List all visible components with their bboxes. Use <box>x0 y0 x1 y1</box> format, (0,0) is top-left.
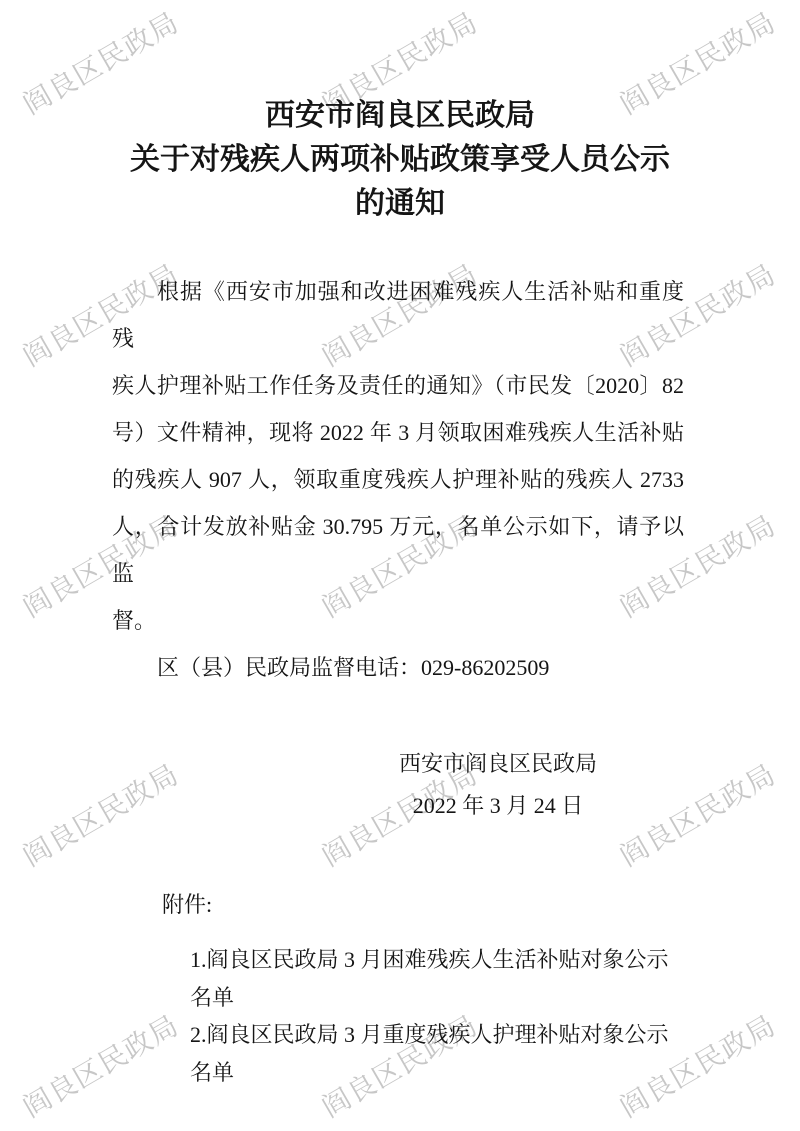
body-line: 号）文件精神，现将 2022 年 3 月领取困难残疾人生活补贴 <box>112 409 684 456</box>
attachments-list: 1.阎良区民政局 3 月困难残疾人生活补贴对象公示 名单 2.阎良区民政局 3 … <box>190 941 710 1091</box>
attachment-line: 2.阎良区民政局 3 月重度残疾人护理补贴对象公示 <box>190 1016 710 1054</box>
supervision-phone-line: 区（县）民政局监督电话：029-86202509 <box>112 644 684 691</box>
document-title: 西安市阎良区民政局 关于对残疾人两项补贴政策享受人员公示 的通知 <box>40 94 760 226</box>
body-line: 人，合计发放补贴金 30.795 万元，名单公示如下，请予以监 <box>112 503 684 597</box>
title-line-notice: 的通知 <box>40 182 760 226</box>
body-line: 根据《西安市加强和改进困难残疾人生活补贴和重度残 <box>112 268 684 362</box>
attachment-line: 1.阎良区民政局 3 月困难残疾人生活补贴对象公示 <box>190 941 710 979</box>
attachments-label: 附件: <box>162 891 800 919</box>
body-line: 疾人护理补贴工作任务及责任的通知》（市民发〔2020〕82 <box>112 362 684 409</box>
notice-body: 根据《西安市加强和改进困难残疾人生活补贴和重度残 疾人护理补贴工作任务及责任的通… <box>112 268 684 691</box>
title-line-subject: 关于对残疾人两项补贴政策享受人员公示 <box>40 138 760 182</box>
signature-date: 2022 年 3 月 24 日 <box>396 785 600 827</box>
body-line: 的残疾人 907 人，领取重度残疾人护理补贴的残疾人 2733 <box>112 456 684 503</box>
attachment-line-continuation: 名单 <box>190 979 710 1017</box>
signature-org: 西安市阎良区民政局 <box>396 743 600 785</box>
notice-content: 西安市阎良区民政局 关于对残疾人两项补贴政策享受人员公示 的通知 根据《西安市加… <box>0 0 800 1131</box>
body-line: 督。 <box>112 597 684 644</box>
document-page: 阎良区民政局阎良区民政局阎良区民政局阎良区民政局阎良区民政局阎良区民政局阎良区民… <box>0 0 800 1131</box>
title-line-issuer: 西安市阎良区民政局 <box>40 94 760 138</box>
attachment-line-continuation: 名单 <box>190 1054 710 1092</box>
signature-block: 西安市阎良区民政局 2022 年 3 月 24 日 <box>396 743 600 827</box>
